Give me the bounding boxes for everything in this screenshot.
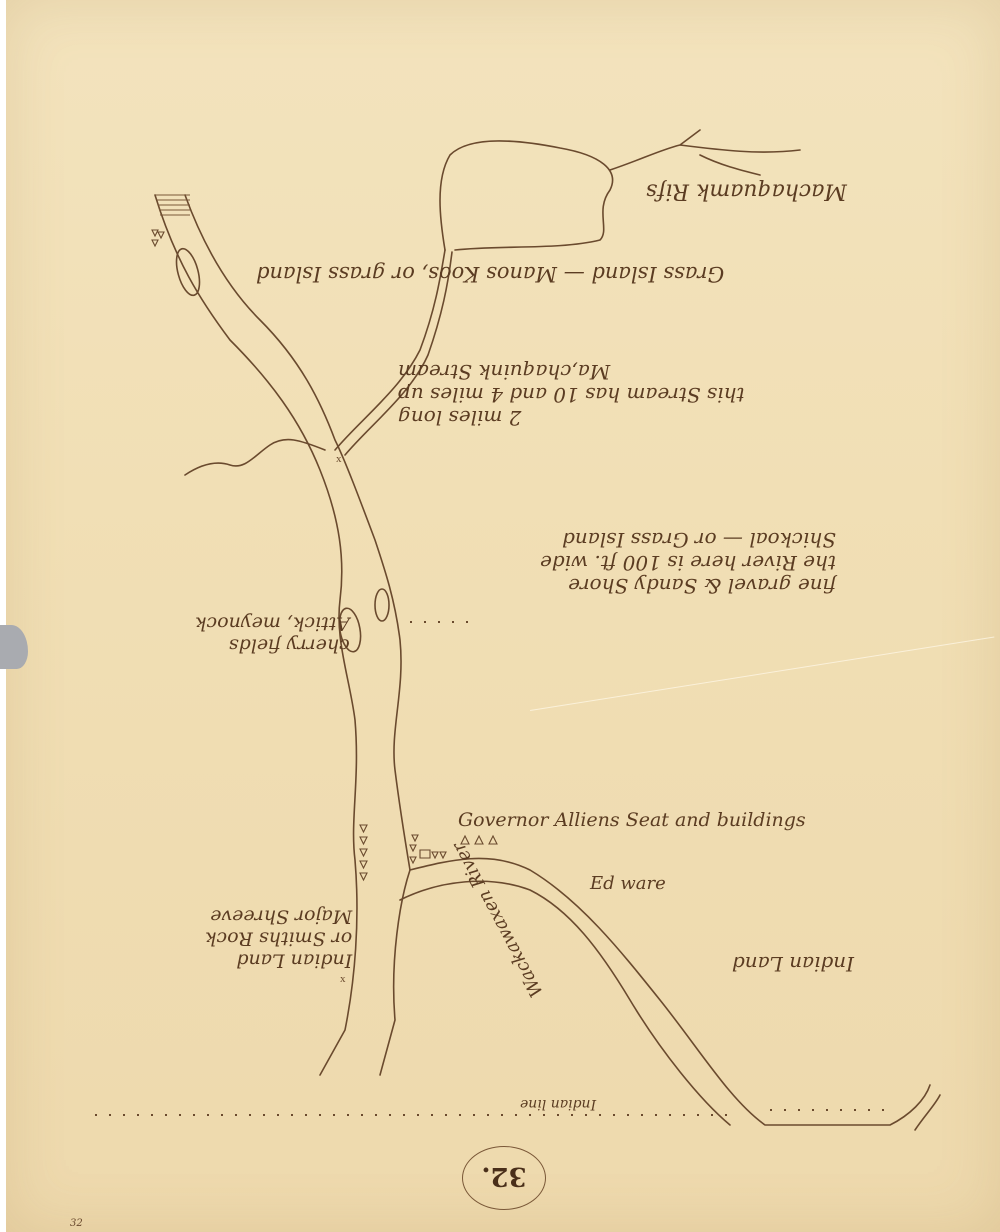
- building-triangles: [152, 230, 497, 880]
- cherry-line1: cherry fields: [195, 634, 350, 656]
- label-rifts: Machaquamk Rifs: [646, 178, 847, 203]
- label-shoal-note: fine gravel & Sandy Shore the River here…: [540, 528, 836, 597]
- cherry-line2: Attick, meynock: [195, 612, 350, 634]
- shoal-note-line1: Shickoal — or Grass Island: [540, 528, 836, 551]
- stream-note-line2: this Stream has 10 and 4 miles up: [398, 383, 745, 406]
- corner-mark: 32: [70, 1218, 83, 1229]
- major-line1: Major Shreeve: [205, 905, 352, 927]
- indian-land-left: Indian Land: [205, 949, 352, 971]
- upper-creek: [610, 130, 800, 175]
- folio-number-text: 32.: [463, 1161, 545, 1191]
- label-indian-line: Indian line: [520, 1096, 596, 1112]
- indian-line-boundary: [95, 1110, 885, 1115]
- shoal-note-line3: fine gravel & Sandy Shore: [540, 574, 836, 597]
- lower-river-end: [915, 1095, 940, 1130]
- label-stream-note: 2 miles long this Stream has 10 and 4 mi…: [398, 360, 745, 429]
- lower-river-bottom-bank: [400, 881, 730, 1125]
- label-indian-land-right: Indian Land: [732, 952, 854, 975]
- map-drawing: x x: [0, 0, 1000, 1232]
- label-edware: Ed ware: [590, 874, 666, 895]
- label-cherry: cherry fields Attick, meynock: [195, 612, 350, 656]
- island-small: [375, 589, 389, 621]
- stream-note-line3: 2 miles long: [398, 406, 745, 429]
- label-grass-island: Grass Island — Manos Koos, or grass Isla…: [256, 262, 724, 286]
- folio-number: 32.: [462, 1146, 546, 1210]
- shoal-note-line2: the River here is 100 ft. wide: [540, 551, 836, 574]
- left-creek: [185, 440, 325, 475]
- x-marker-rock: x: [340, 973, 346, 985]
- x-marker-confluence: x: [336, 453, 342, 465]
- upper-lake: [440, 141, 613, 250]
- dotted-island: [172, 246, 204, 298]
- label-major-shreeve: Indian Land or Smiths Rock Major Shreeve: [205, 905, 352, 971]
- major-line2: or Smiths Rock: [205, 927, 352, 949]
- stream-note-line1: Ma,chaquink Stream: [398, 360, 745, 383]
- label-governor-seat: Governor Alliens Seat and buildings: [458, 810, 806, 832]
